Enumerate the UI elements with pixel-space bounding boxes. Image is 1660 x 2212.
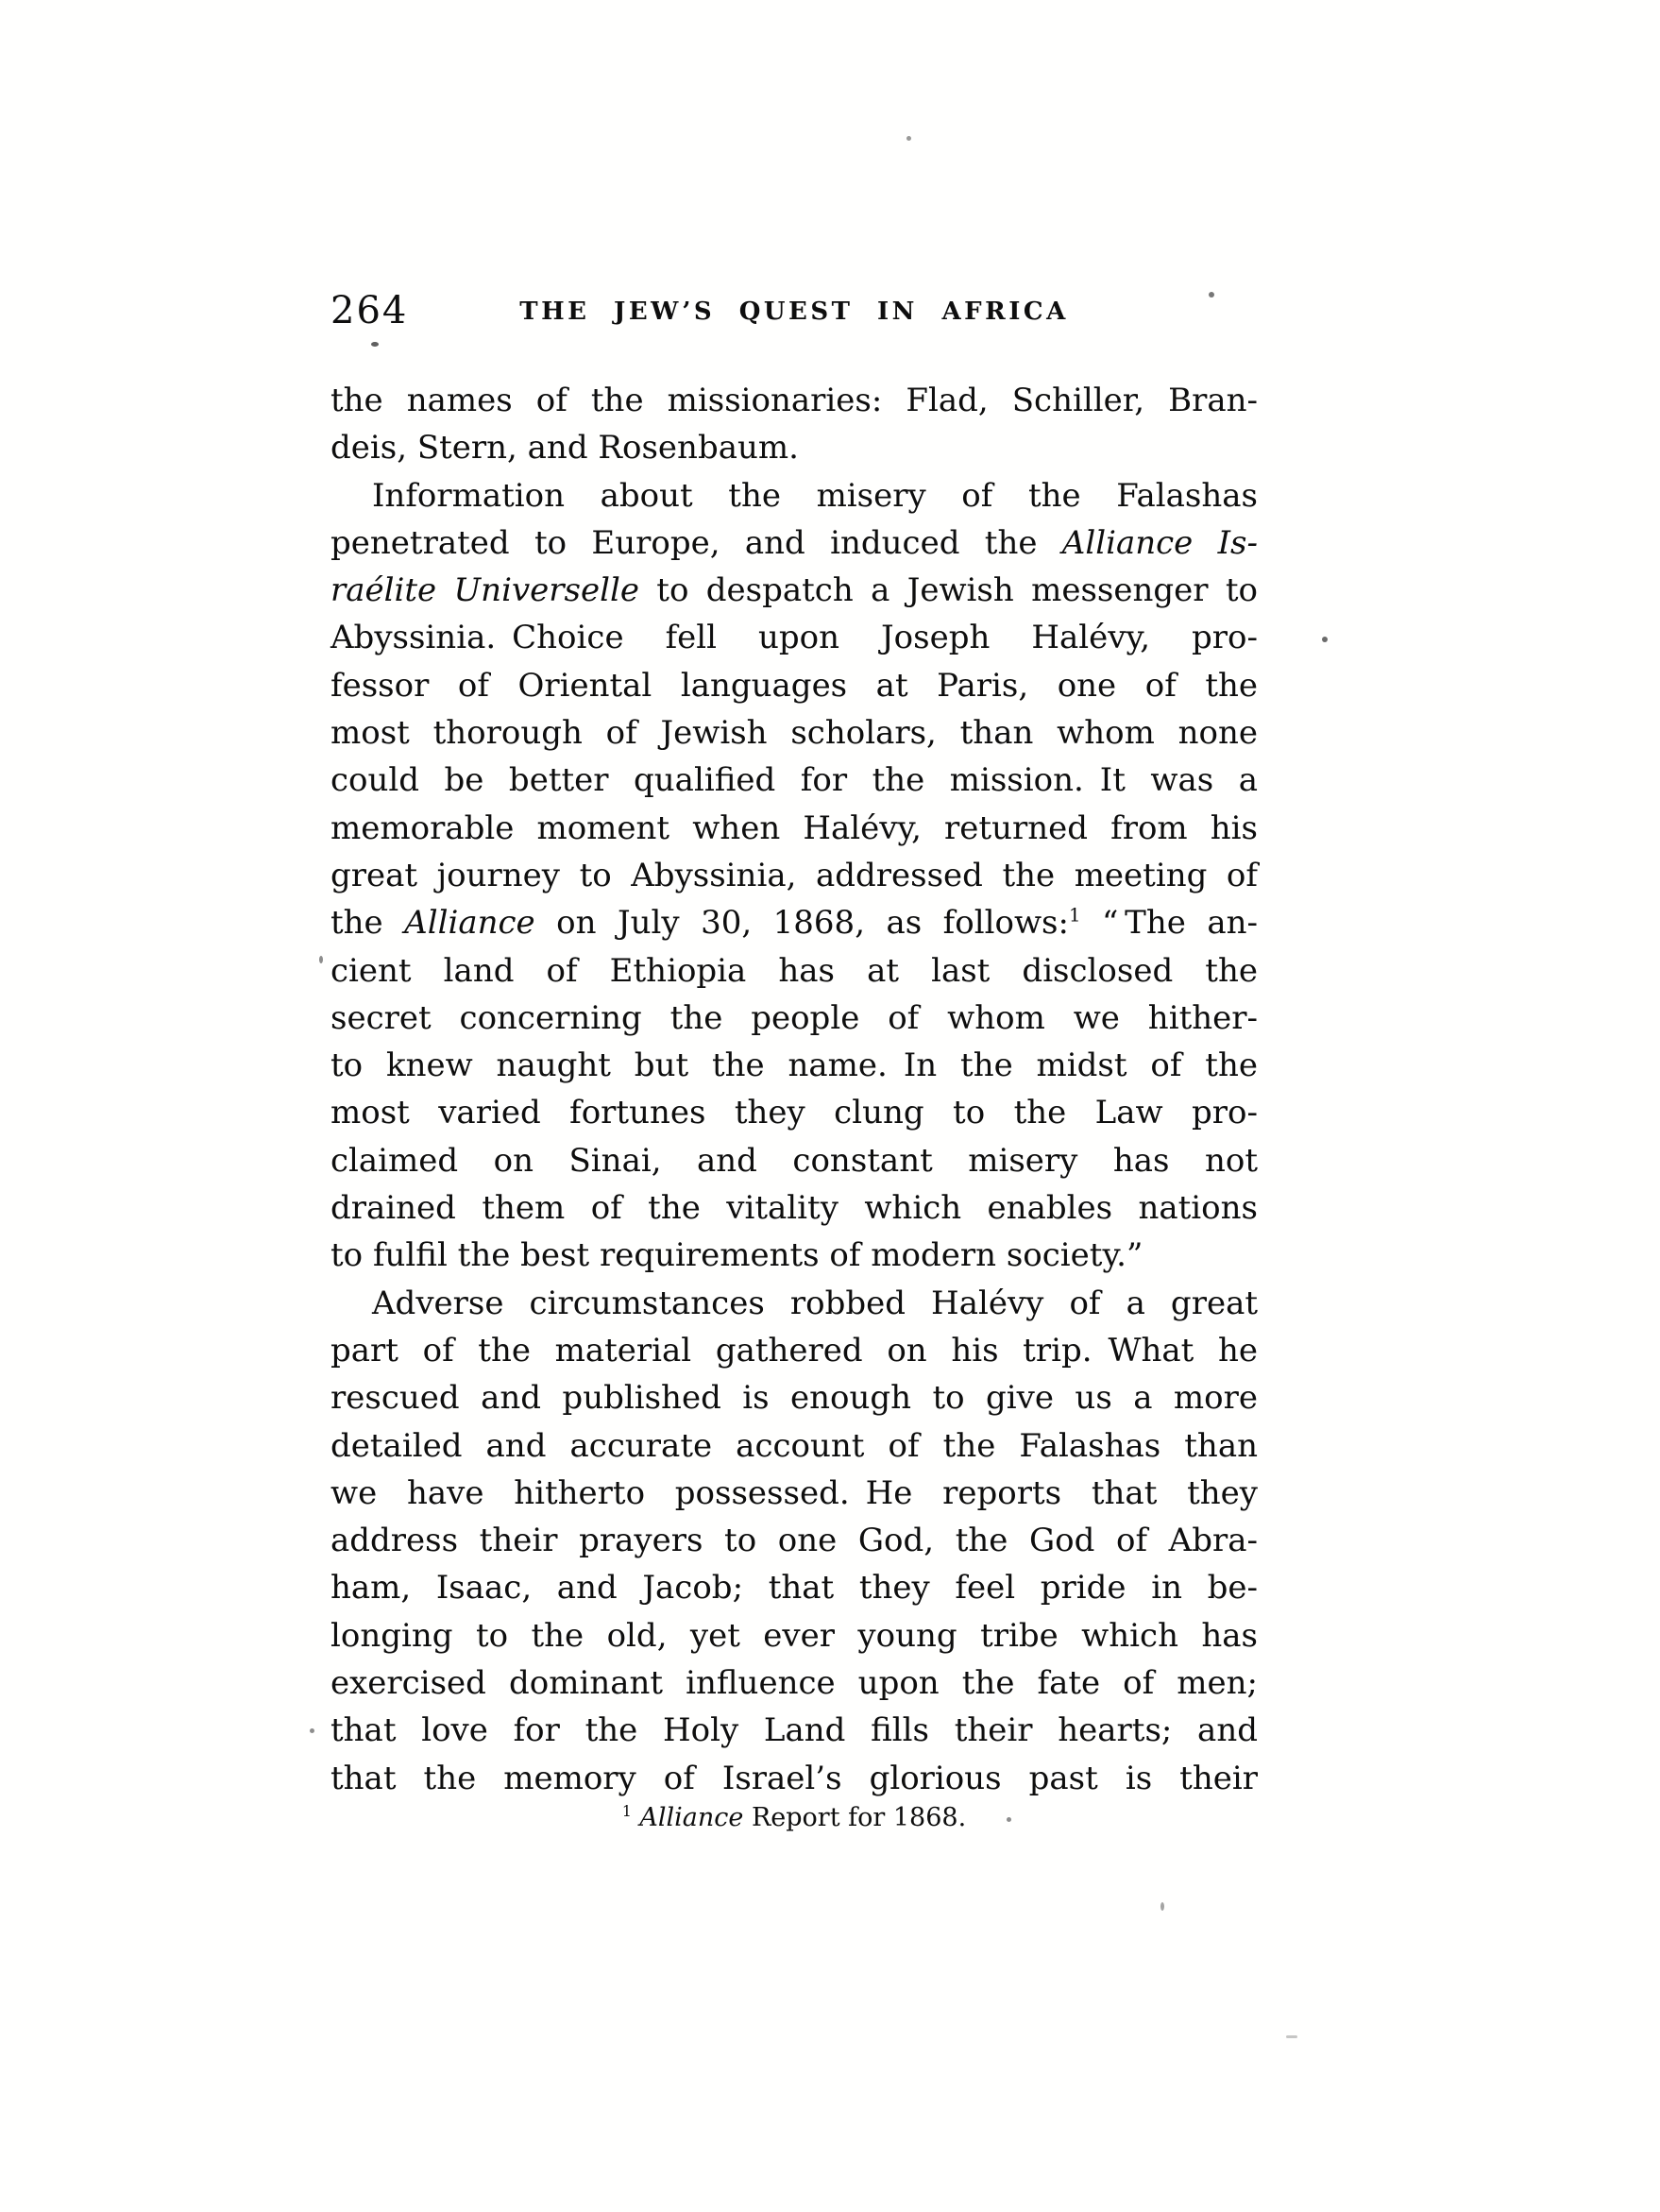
text-line: most thorough of Jewish scholars, than w… [330, 709, 1258, 757]
text-segment: penetrated to Europe, and induced the [330, 524, 1062, 562]
body-text: the names of the missionaries: Flad, Sch… [330, 377, 1258, 1802]
text-segment: Information about the misery of the Fala… [372, 477, 1258, 515]
text-line: raélite Universelle to despatch a Jewish… [330, 567, 1258, 614]
text-line: most varied fortunes they clung to the L… [330, 1089, 1258, 1136]
scan-speck [1160, 1902, 1164, 1911]
text-line: claimed on Sinai, and constant misery ha… [330, 1137, 1258, 1184]
text-segment: to knew naught but the name. In the mids… [330, 1046, 1258, 1084]
italic-text: raélite Universelle [330, 571, 639, 609]
text-segment: address their prayers to one God, the Go… [330, 1522, 1258, 1559]
text-line: Information about the misery of the Fala… [330, 472, 1258, 519]
text-line: ham, Isaac, and Jacob; that they feel pr… [330, 1564, 1258, 1611]
text-segment: drained them of the vitality which enabl… [330, 1189, 1258, 1227]
scan-speck [1286, 2035, 1297, 2038]
text-line: to fulfil the best requirements of moder… [330, 1232, 1258, 1279]
footnote-marker: 1 [1069, 905, 1081, 927]
text-line: rescued and published is enough to give … [330, 1374, 1258, 1421]
scanned-book-page: 264 THE JEW’S QUEST IN AFRICA the names … [0, 0, 1660, 2212]
text-segment: to despatch a Jewish messenger to [639, 571, 1258, 609]
text-line: we have hitherto possessed. He reports t… [330, 1470, 1258, 1517]
running-title: THE JEW’S QUEST IN AFRICA [519, 298, 1069, 326]
text-segment: “ The an- [1081, 904, 1259, 942]
scan-speck [371, 342, 379, 347]
text-line: memorable moment when Halévy, returned f… [330, 805, 1258, 852]
text-segment: deis, Stern, and Rosenbaum. [330, 429, 799, 467]
text-line: Abyssinia. Choice fell upon Joseph Halév… [330, 614, 1258, 661]
text-line: fessor of Oriental languages at Paris, o… [330, 662, 1258, 709]
italic-text: Alliance Is- [1062, 524, 1258, 562]
text-segment: secret concerning the people of whom we … [330, 999, 1258, 1037]
text-segment: Report for 1868. [743, 1803, 966, 1832]
scan-speck [1322, 637, 1328, 642]
scan-speck [310, 1728, 314, 1733]
text-line: that the memory of Israel’s glorious pas… [330, 1755, 1258, 1802]
page-number: 264 [330, 289, 408, 332]
text-segment: Adverse circumstances robbed Halévy of a… [372, 1285, 1258, 1322]
text-segment: could be better qualified for the missio… [330, 761, 1258, 799]
text-segment: claimed on Sinai, and constant misery ha… [330, 1142, 1258, 1180]
text-segment: most thorough of Jewish scholars, than w… [330, 714, 1258, 752]
text-segment: memorable moment when Halévy, returned f… [330, 809, 1258, 847]
scan-speck [1007, 1817, 1011, 1822]
text-segment: the [330, 904, 404, 942]
scan-speck [906, 136, 911, 141]
text-line: detailed and accurate account of the Fal… [330, 1422, 1258, 1470]
text-segment: that love for the Holy Land fills their … [330, 1711, 1258, 1749]
scan-speck [1209, 292, 1214, 298]
text-line: exercised dominant influence upon the fa… [330, 1659, 1258, 1707]
text-segment: ham, Isaac, and Jacob; that they feel pr… [330, 1569, 1258, 1607]
text-segment: rescued and published is enough to give … [330, 1379, 1258, 1417]
text-segment: that the memory of Israel’s glorious pas… [330, 1760, 1258, 1797]
text-segment: cient land of Ethiopia has at last discl… [330, 952, 1258, 990]
page-header: 264 THE JEW’S QUEST IN AFRICA [330, 289, 1258, 338]
text-line: longing to the old, yet ever young tribe… [330, 1612, 1258, 1659]
text-line: secret concerning the people of whom we … [330, 995, 1258, 1042]
footnote-marker: 1 [622, 1802, 632, 1820]
italic-text: Alliance [639, 1803, 743, 1832]
text-line: great journey to Abyssinia, addressed th… [330, 852, 1258, 899]
text-line: drained them of the vitality which enabl… [330, 1184, 1258, 1232]
text-segment: part of the material gathered on his tri… [330, 1332, 1258, 1370]
footnote: 1 Alliance Report for 1868. [330, 1799, 1258, 1837]
text-segment: the names of the missionaries: Flad, Sch… [330, 382, 1258, 419]
text-line: penetrated to Europe, and induced the Al… [330, 519, 1258, 567]
scan-speck [319, 956, 323, 963]
text-line: the Alliance on July 30, 1868, as follow… [330, 899, 1258, 946]
text-segment: longing to the old, yet ever young tribe… [330, 1617, 1258, 1655]
text-line: Adverse circumstances robbed Halévy of a… [330, 1280, 1258, 1327]
text-segment: most varied fortunes they clung to the L… [330, 1094, 1258, 1132]
text-segment: great journey to Abyssinia, addressed th… [330, 857, 1258, 894]
text-line: deis, Stern, and Rosenbaum. [330, 424, 1258, 471]
text-segment: to fulfil the best requirements of moder… [330, 1236, 1143, 1274]
text-segment: fessor of Oriental languages at Paris, o… [330, 667, 1258, 705]
text-line: address their prayers to one God, the Go… [330, 1517, 1258, 1564]
text-segment: Abyssinia. Choice fell upon Joseph Halév… [330, 619, 1258, 656]
text-segment: exercised dominant influence upon the fa… [330, 1664, 1258, 1702]
text-line: the names of the missionaries: Flad, Sch… [330, 377, 1258, 424]
text-segment: on July 30, 1868, as follows: [535, 904, 1069, 942]
text-segment: detailed and accurate account of the Fal… [330, 1427, 1258, 1465]
text-line: could be better qualified for the missio… [330, 757, 1258, 804]
text-line: cient land of Ethiopia has at last discl… [330, 947, 1258, 995]
italic-text: Alliance [404, 904, 535, 942]
text-segment: we have hitherto possessed. He reports t… [330, 1474, 1258, 1512]
text-line: part of the material gathered on his tri… [330, 1327, 1258, 1374]
text-line: to knew naught but the name. In the mids… [330, 1042, 1258, 1089]
text-line: that love for the Holy Land fills their … [330, 1707, 1258, 1754]
